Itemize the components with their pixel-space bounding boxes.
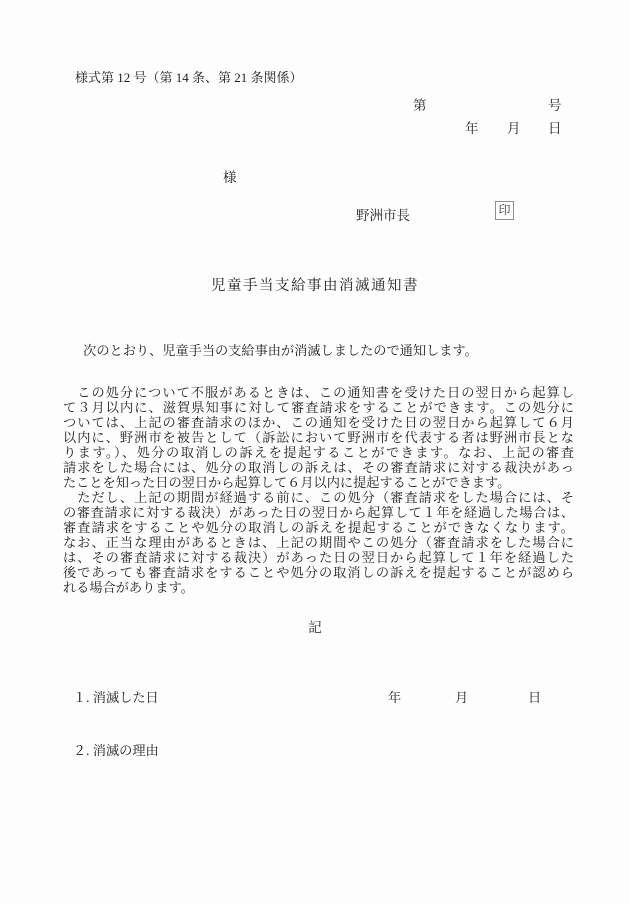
item-1-day-label: 日 <box>528 687 541 706</box>
item-1-month-label: 月 <box>455 687 468 706</box>
doc-number-prefix: 第 <box>413 94 427 114</box>
document-title: 児童手当支給事由消滅通知書 <box>0 274 630 295</box>
document-page: 様式第 12 号（第 14 条、第 21 条関係） 第 号 年 月 日 様 野洲… <box>0 0 630 903</box>
record-marker: 記 <box>0 616 630 636</box>
item-1-extinction-date-label: １. 消滅した日 <box>73 687 159 706</box>
header-date-year-label: 年 <box>465 117 479 137</box>
appeal-notice-paragraph-1: この処分について不服があるときは、この通知書を受けた日の翌日から起算して３月以内… <box>63 385 574 490</box>
form-number-label: 様式第 12 号（第 14 条、第 21 条関係） <box>75 67 303 86</box>
header-date-day-label: 日 <box>548 117 562 137</box>
appeal-notice-paragraph-2: ただし、上記の期間が経過する前に、この処分（審査請求をした場合には、その審査請求… <box>63 490 574 595</box>
intro-sentence: 次のとおり、児童手当の支給事由が消滅しましたので通知します。 <box>70 340 478 359</box>
header-date-month-label: 月 <box>507 117 521 137</box>
item-2-extinction-reason-label: ２. 消滅の理由 <box>73 740 159 759</box>
appeal-notice-block: この処分について不服があるときは、この通知書を受けた日の翌日から起算して３月以内… <box>63 385 574 595</box>
addressee-honorific: 様 <box>223 166 237 186</box>
item-1-year-label: 年 <box>388 687 401 706</box>
sender-mayor-title: 野洲市長 <box>356 204 410 224</box>
official-seal-icon: 印 <box>495 201 514 220</box>
doc-number-suffix: 号 <box>548 94 562 114</box>
